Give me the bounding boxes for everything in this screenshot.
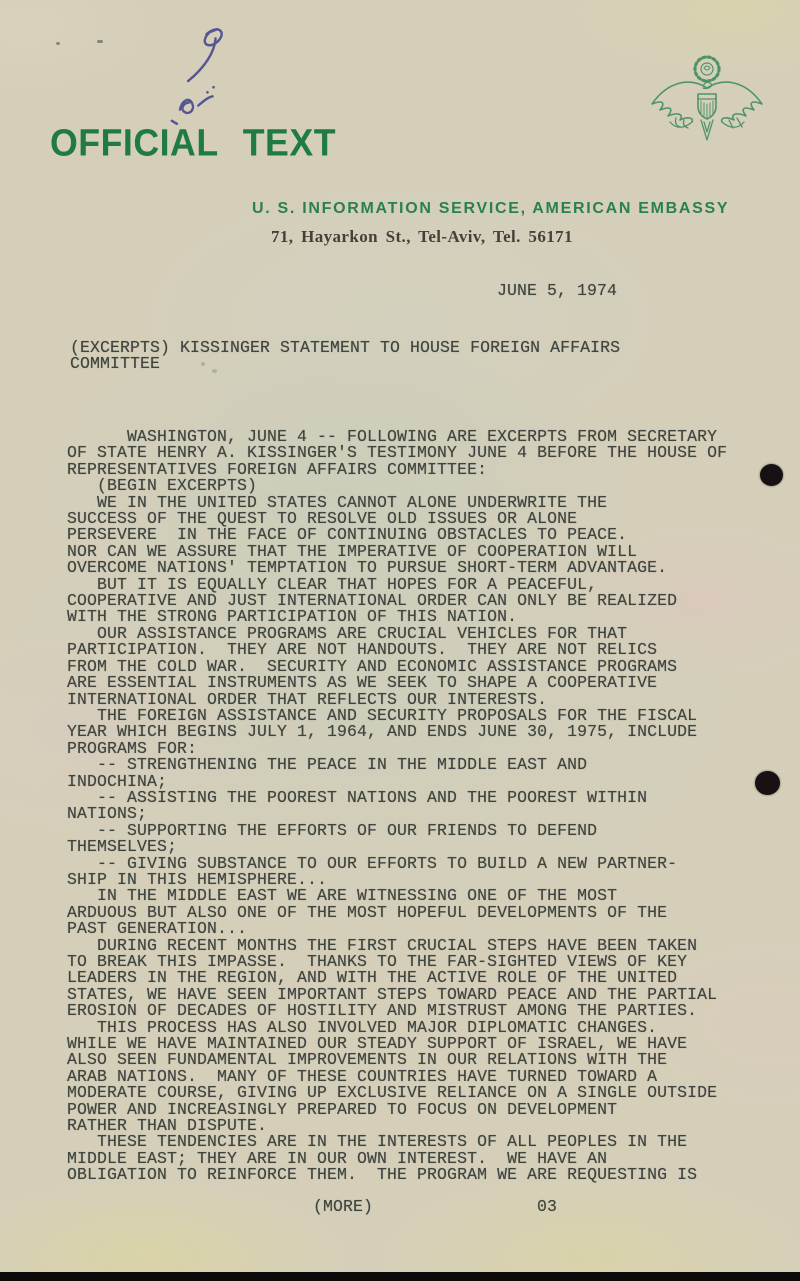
pen-mark bbox=[56, 42, 60, 45]
document-body: WASHINGTON, JUNE 4 -- FOLLOWING ARE EXCE… bbox=[67, 429, 727, 1184]
document-title: (EXCERPTS) KISSINGER STATEMENT TO HOUSE … bbox=[70, 340, 620, 373]
ink-smudge bbox=[201, 362, 205, 366]
pen-mark bbox=[97, 40, 103, 43]
agency-name: U. S. INFORMATION SERVICE, AMERICAN EMBA… bbox=[252, 200, 729, 218]
page-number: 03 bbox=[537, 1199, 557, 1215]
hole-punch-top bbox=[760, 464, 783, 486]
date-line: JUNE 5, 1974 bbox=[497, 283, 617, 299]
more-indicator: (MORE) bbox=[313, 1199, 373, 1215]
agency-address: 71, Hayarkon St., Tel-Aviv, Tel. 56171 bbox=[271, 227, 573, 247]
scanned-document-page: OFFICIAL TEXT U. S. INFORMATION SERVICE,… bbox=[0, 0, 800, 1281]
us-eagle-seal-icon bbox=[640, 52, 775, 162]
official-text-logo: OFFICIAL TEXT bbox=[50, 122, 336, 165]
handwritten-annotation bbox=[158, 20, 263, 132]
scan-edge-bar bbox=[0, 1272, 800, 1281]
ink-smudge bbox=[212, 369, 217, 373]
hole-punch-bottom bbox=[755, 771, 780, 795]
